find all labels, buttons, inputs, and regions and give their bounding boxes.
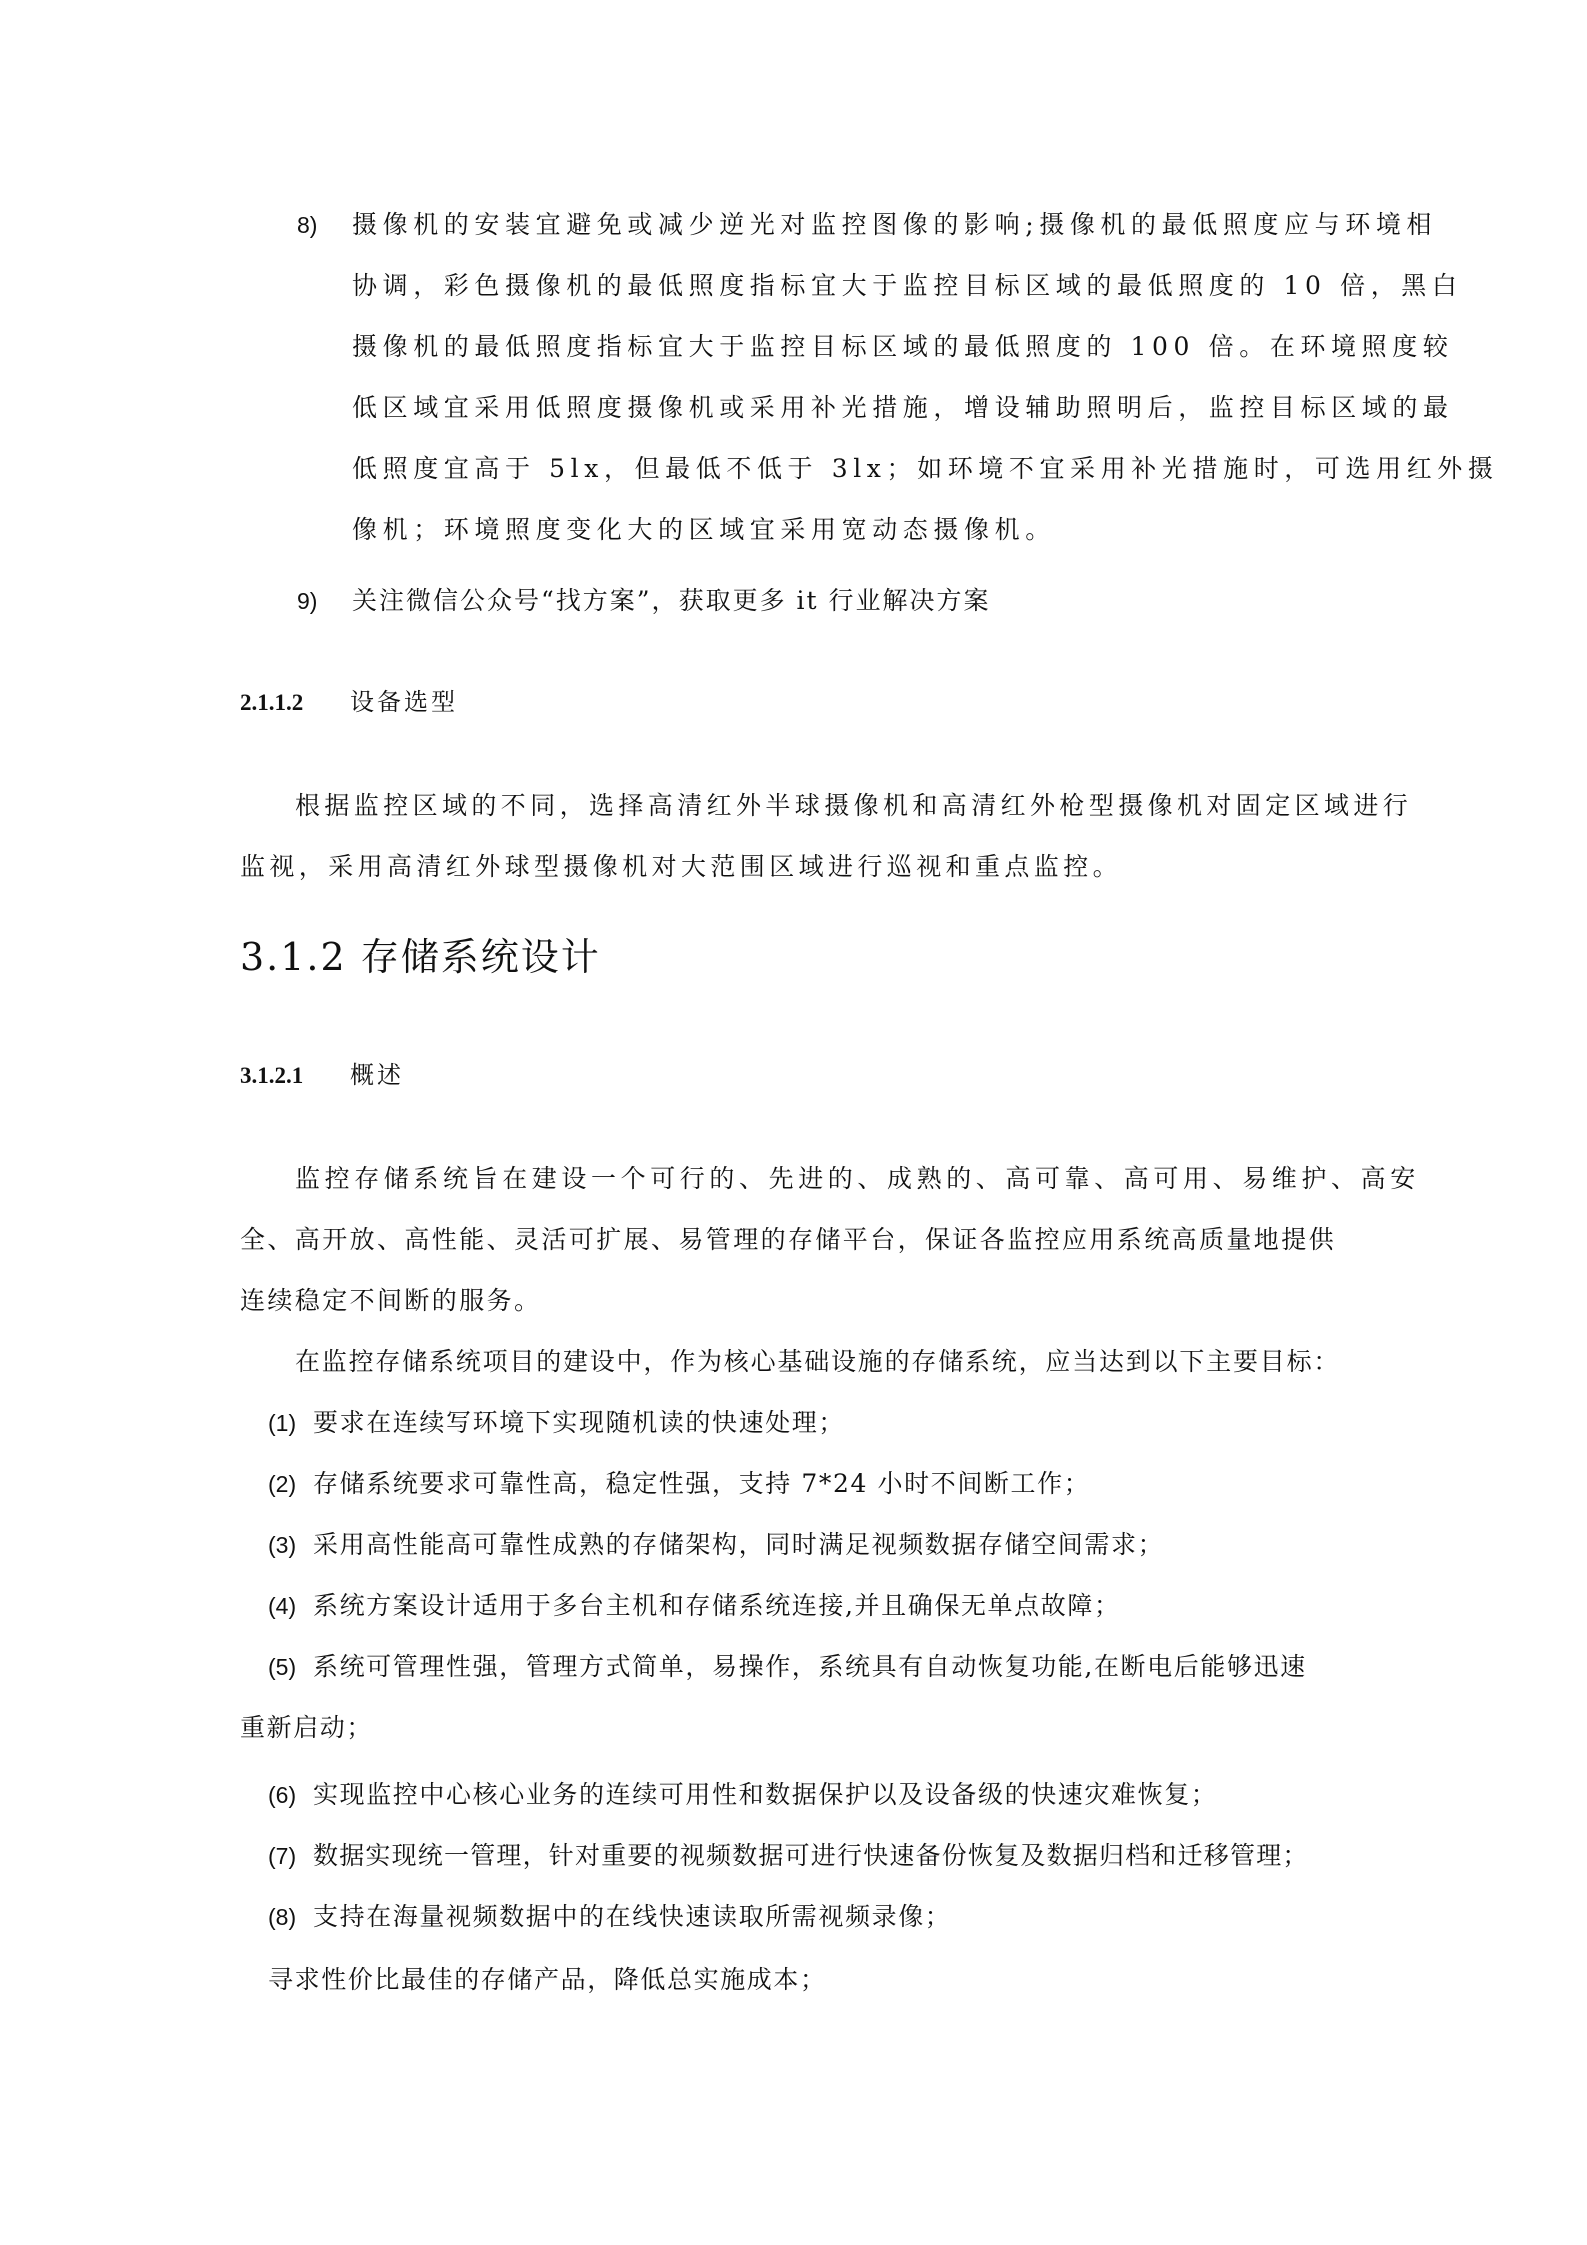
goal-number: (8)	[268, 1900, 296, 1934]
goal-text: 存储系统要求可靠性高，稳定性强，支持 7*24 小时不间断工作；	[313, 1467, 1090, 1501]
goal-text: 系统可管理性强，管理方式简单，易操作，系统具有自动恢复功能,在断电后能够迅速	[313, 1650, 1307, 1684]
section-heading-3-1-2: 3.1.2 存储系统设计	[240, 933, 601, 981]
goal-number: (2)	[268, 1467, 296, 1501]
goal-text: 采用高性能高可靠性成熟的存储架构，同时满足视频数据存储空间需求；	[313, 1528, 1164, 1562]
goal-number: (6)	[268, 1778, 296, 1812]
goal-text: 支持在海量视频数据中的在线快速读取所需视频录像；	[313, 1900, 951, 1934]
list-item-line: 摄像机的安装宜避免或减少逆光对监控图像的影响;摄像机的最低照度应与环境相	[352, 208, 1437, 242]
goal-text: 系统方案设计适用于多台主机和存储系统连接,并且确保无单点故障；	[313, 1589, 1121, 1623]
paragraph-line: 全、高开放、高性能、灵活可扩展、易管理的存储平台，保证各监控应用系统高质量地提供	[240, 1223, 1336, 1257]
goal-number: (5)	[268, 1650, 296, 1684]
section-title: 设备选型	[350, 688, 458, 716]
list-item-number: 9)	[297, 584, 317, 618]
goal-text: 实现监控中心核心业务的连续可用性和数据保护以及设备级的快速灾难恢复；	[313, 1778, 1217, 1812]
paragraph-line: 监控存储系统旨在建设一个可行的、先进的、成熟的、高可靠、高可用、易维护、高安	[295, 1162, 1420, 1196]
goal-number: (7)	[268, 1839, 296, 1873]
paragraph-line: 根据监控区域的不同，选择高清红外半球摄像机和高清红外枪型摄像机对固定区域进行	[295, 789, 1412, 823]
list-item-line: 低照度宜高于 5lx，但最低不低于 3lx；如环境不宜采用补光措施时，可选用红外…	[352, 452, 1499, 486]
goal-text: 数据实现统一管理，针对重要的视频数据可进行快速备份恢复及数据归档和迁移管理；	[313, 1839, 1309, 1873]
paragraph-line: 在监控存储系统项目的建设中，作为核心基础设施的存储系统，应当达到以下主要目标：	[295, 1345, 1340, 1379]
list-item-line: 低区域宜采用低照度摄像机或采用补光措施，增设辅助照明后，监控目标区域的最	[352, 391, 1454, 425]
list-item-number: 8)	[297, 208, 317, 242]
goal-number: (3)	[268, 1528, 296, 1562]
document-page: 8) 摄像机的安装宜避免或减少逆光对监控图像的影响;摄像机的最低照度应与环境相 …	[0, 0, 1587, 2245]
goal-number: (1)	[268, 1406, 296, 1440]
goal-number: (4)	[268, 1589, 296, 1623]
section-number: 3.1.2.1	[240, 1059, 350, 1093]
section-heading-3-1-2-1: 3.1.2.1概述	[240, 1058, 404, 1093]
closing-line: 寻求性价比最佳的存储产品，降低总实施成本；	[268, 1963, 827, 1997]
goal-text: 要求在连续写环境下实现随机读的快速处理；	[313, 1406, 845, 1440]
section-number: 2.1.1.2	[240, 686, 350, 720]
goal-text-continuation: 重新启动；	[240, 1711, 373, 1745]
list-item-line: 协调，彩色摄像机的最低照度指标宜大于监控目标区域的最低照度的 10 倍，黑白	[352, 269, 1463, 303]
promo-text: 关注微信公众号“找方案”，获取更多 it 行业解决方案	[352, 584, 991, 618]
paragraph-line: 监视，采用高清红外球型摄像机对大范围区域进行巡视和重点监控。	[240, 850, 1122, 884]
section-title: 概述	[350, 1061, 404, 1089]
paragraph-line: 连续稳定不间断的服务。	[240, 1284, 541, 1318]
list-item-line: 像机；环境照度变化大的区域宜采用宽动态摄像机。	[352, 513, 1056, 547]
section-heading-2-1-1-2: 2.1.1.2设备选型	[240, 685, 458, 720]
list-item-line: 摄像机的最低照度指标宜大于监控目标区域的最低照度的 100 倍。在环境照度较	[352, 330, 1453, 364]
